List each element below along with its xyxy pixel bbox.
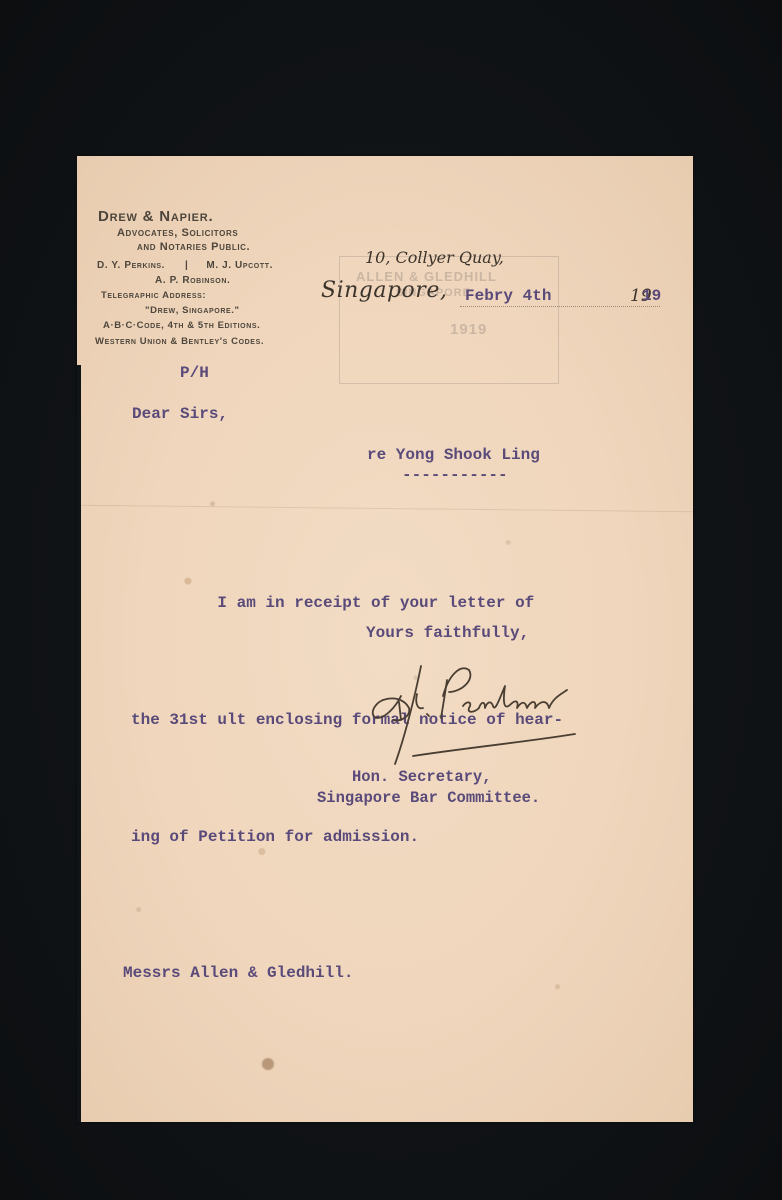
signer-title: Hon. Secretary, — [352, 768, 492, 786]
letterhead: Drew & Napier. Advocates, Solicitors and… — [95, 208, 315, 350]
addressee: Messrs Allen & Gledhill. — [123, 964, 353, 982]
partner-name: M. J. Upcott. — [206, 258, 273, 273]
firm-description-1: Advocates, Solicitors — [117, 226, 315, 240]
telegraphic-address: "Drew, Singapore." — [145, 303, 315, 318]
firm-description-2: and Notaries Public. — [137, 240, 315, 254]
partner-name: A. P. Robinson. — [155, 273, 315, 288]
partners-row: D. Y. Perkins. | M. J. Upcott. — [97, 258, 315, 273]
partner-separator: | — [185, 258, 188, 273]
address-city: Singapore, — [321, 278, 447, 303]
date-typed: Febry 4th — [465, 287, 551, 305]
body-line: I am in receipt of your letter of — [131, 584, 563, 623]
salutation: Dear Sirs, — [132, 405, 228, 423]
subject-underline: ----------- — [402, 466, 508, 484]
firm-name: Drew & Napier. — [98, 208, 315, 226]
signer-organization: Singapore Bar Committee. — [317, 789, 540, 807]
partner-name: D. Y. Perkins. — [97, 258, 165, 273]
body-line: ing of Petition for admission. — [131, 818, 563, 857]
handwritten-signature — [365, 656, 605, 766]
subject-line: re Yong Shook Ling — [367, 446, 540, 464]
address-street: 10, Collyer Quay, — [365, 248, 504, 267]
received-stamp: ALLEN & GLEDHILL SINGAPORE 1919 — [339, 256, 559, 384]
code-line-2: Western Union & Bentley's Codes. — [95, 334, 315, 350]
code-line-1: A·B·C·Code, 4th & 5th Editions. — [103, 318, 315, 334]
closing: Yours faithfully, — [366, 624, 529, 642]
reference-initials: P/H — [180, 364, 209, 382]
letter-sheet: Drew & Napier. Advocates, Solicitors and… — [77, 156, 693, 1122]
paper-edge-shadow — [77, 365, 81, 1122]
year-typed: 19 — [642, 287, 661, 305]
telegraphic-label: Telegraphic Address: — [101, 288, 315, 303]
date-dotted-line — [460, 306, 660, 307]
stamp-year: 1919 — [450, 321, 487, 338]
